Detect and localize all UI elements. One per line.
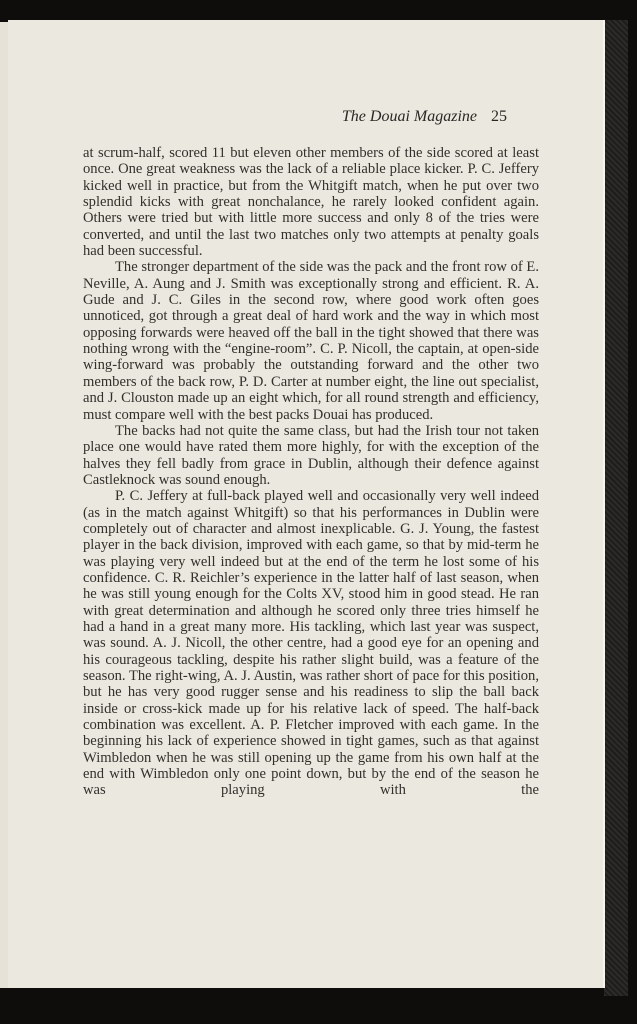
paragraph-individual-backs: P. C. Jeffery at full-back played well a… — [83, 488, 539, 799]
magazine-title: The Douai Magazine — [342, 108, 477, 125]
article-body: at scrum-half, scored 11 but eleven othe… — [83, 145, 539, 799]
paragraph-forwards: The stronger department of the side was … — [83, 259, 539, 422]
page-number: 25 — [491, 108, 507, 125]
paragraph-kicking: at scrum-half, scored 11 but eleven othe… — [83, 145, 539, 259]
book-cover-edge — [604, 20, 628, 996]
paragraph-backs: The backs had not quite the same class, … — [83, 423, 539, 488]
running-head: The Douai Magazine 25 — [342, 108, 507, 126]
